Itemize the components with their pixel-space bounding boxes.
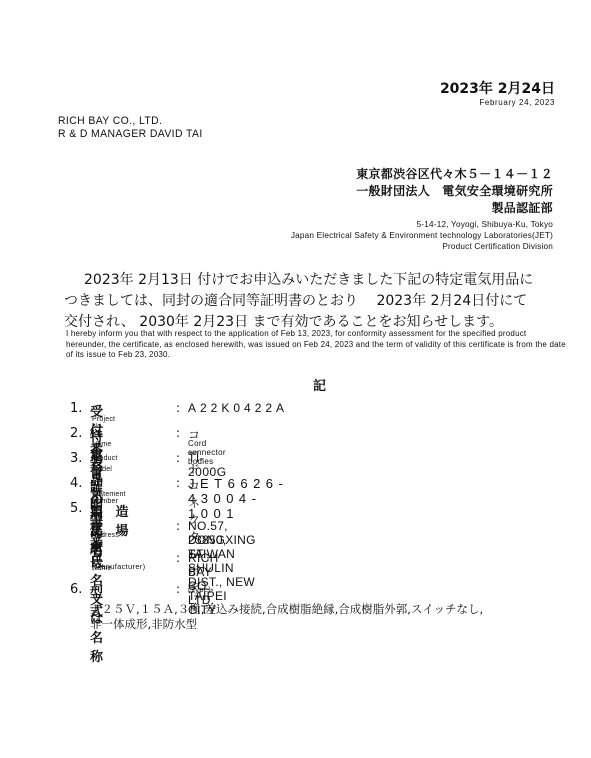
colon: : — [176, 476, 180, 490]
type-label-suffix: (Type) — [188, 585, 211, 594]
project-no-value: A22K0422A — [188, 401, 288, 415]
item-number: 3. — [70, 451, 82, 466]
issuer-org-en: Japan Electrical Safety & Environment te… — [291, 230, 553, 241]
colon: : — [176, 401, 180, 415]
notice-line-2: つきましては、同封の適合同等証明書のとおり 2023年 2月24日付にて — [64, 291, 574, 312]
manufacturer-name-value: RICH BAY CO., LTD. — [188, 551, 219, 607]
address-label-en: Address — [92, 532, 119, 539]
item-number: 5. — [70, 501, 82, 516]
type-description: １２５Ｖ,１５Ａ,３極,差込み接続,合成樹脂絶縁,合成樹脂外郭,スイッチなし, … — [90, 602, 570, 632]
issuer-block-jp: 東京都渋谷区代々木５－１４－１２ 一般財団法人 電気安全環境研究所 製品認証部 — [356, 166, 553, 217]
item-number: 1. — [70, 401, 82, 416]
item-number: 2. — [70, 426, 82, 441]
issuer-division-jp: 製品認証部 — [356, 200, 553, 217]
issuer-address-jp: 東京都渋谷区代々木５－１４－１２ — [356, 166, 553, 183]
issuer-org-jp: 一般財団法人 電気安全環境研究所 — [356, 183, 553, 200]
type-line-2: 非一体成形,非防水型 — [90, 617, 570, 632]
colon: : — [176, 582, 180, 596]
recipient-block: RICH BAY CO., LTD. R & D MANAGER DAVID T… — [58, 115, 203, 141]
item-number: 4. — [70, 476, 82, 491]
notice-body-jp: 2023年 2月13日 付けでお申込みいただきました下記の特定電気用品に つきま… — [64, 270, 574, 333]
issuer-block-en: 5-14-12, Yoyogi, Shibuya-Ku, Tokyo Japan… — [291, 219, 553, 252]
notice-body-en: I hereby inform you that with respect to… — [66, 329, 566, 361]
colon: : — [176, 451, 180, 465]
model-value: TI-2000G — [188, 451, 227, 479]
statement-number-value: JET6626-43004-1001 — [188, 476, 288, 521]
issuer-address-en: 5-14-12, Yoyogi, Shibuya-Ku, Tokyo — [291, 219, 553, 230]
recipient-person: R & D MANAGER DAVID TAI — [58, 128, 203, 141]
colon: : — [176, 519, 180, 533]
issue-date-jp: 2023年 2月24日 — [440, 78, 555, 98]
section-heading-ki: 記 — [313, 375, 326, 394]
notice-line-1: 2023年 2月13日 付けでお申込みいただきました下記の特定電気用品に — [84, 272, 533, 288]
item-number: 6. — [70, 582, 82, 597]
name-label-en: Name — [92, 565, 111, 572]
colon: : — [176, 551, 180, 565]
colon: : — [176, 426, 180, 440]
item-label-en: Model — [92, 466, 112, 473]
recipient-company: RICH BAY CO., LTD. — [58, 115, 203, 128]
type-line-1: １２５Ｖ,１５Ａ,３極,差込み接続,合成樹脂絶縁,合成樹脂外郭,スイッチなし, — [90, 602, 570, 617]
issuer-division-en: Product Certification Division — [291, 241, 553, 252]
issue-date-en: February 24, 2023 — [479, 98, 555, 107]
